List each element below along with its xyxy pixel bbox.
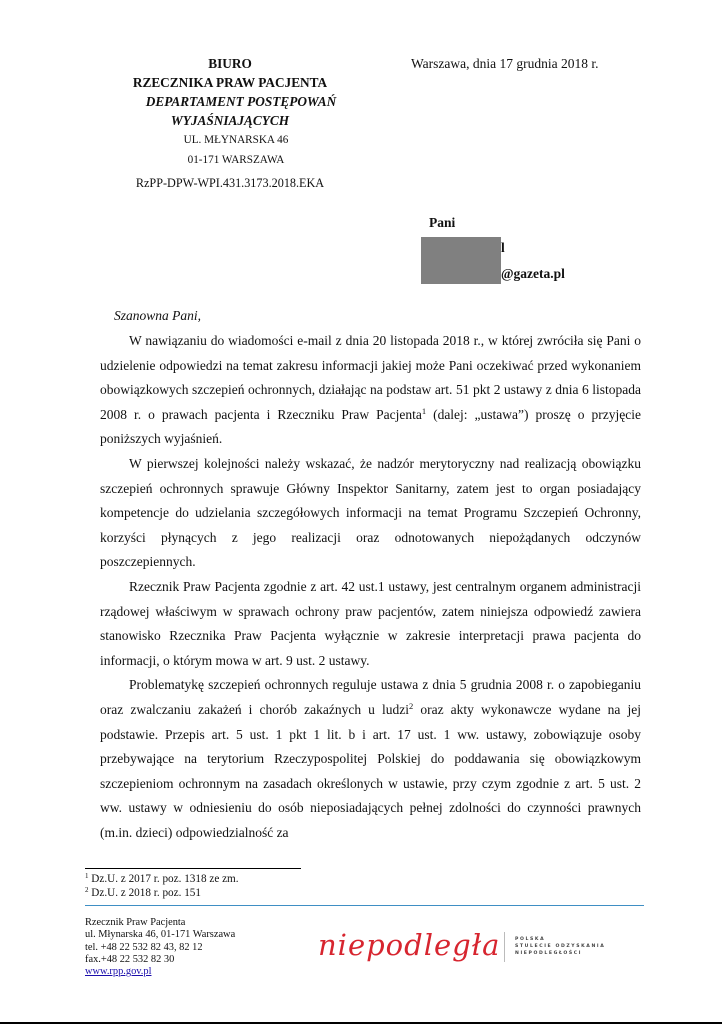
footer-address: ul. Młynarska 46, 01-171 Warszawa bbox=[85, 929, 235, 941]
logo-separator bbox=[504, 932, 505, 962]
recipient-name-suffix: l bbox=[501, 238, 505, 258]
recipient-block: Pani l @gazeta.pl bbox=[421, 213, 455, 235]
niepodlegla-logo: niepodległa bbox=[318, 925, 500, 965]
sender-line-1: BIURO bbox=[100, 54, 360, 73]
sender-department-1: DEPARTAMENT POSTĘPOWAŃ bbox=[100, 92, 360, 111]
paragraph-4: Problematykę szczepień ochronnych regulu… bbox=[100, 673, 641, 845]
footnote-separator bbox=[85, 868, 301, 869]
paragraph-1: W nawiązaniu do wiadomości e-mail z dnia… bbox=[100, 329, 641, 452]
sender-street: UL. MŁYNARSKA 46 bbox=[100, 130, 360, 150]
paragraph-3: Rzecznik Praw Pacjenta zgodnie z art. 42… bbox=[100, 575, 641, 673]
logo-caption: POLSKA STULECIE ODZYSKANIA NIEPODLEGŁOŚC… bbox=[515, 937, 605, 957]
sender-line-2: RZECZNIKA PRAW PACJENTA bbox=[100, 73, 360, 92]
sender-header: BIURO RZECZNIKA PRAW PACJENTA DEPARTAMEN… bbox=[100, 54, 360, 192]
logo-script-text: niepodległa bbox=[318, 925, 500, 965]
footer-website-link[interactable]: www.rpp.gov.pl bbox=[85, 966, 151, 977]
paragraph-2: W pierwszej kolejności należy wskazać, ż… bbox=[100, 452, 641, 575]
sender-city: 01-171 WARSZAWA bbox=[100, 150, 360, 170]
recipient-salutation: Pani bbox=[429, 213, 455, 235]
footer-org: Rzecznik Praw Pacjenta bbox=[85, 917, 235, 929]
reference-number: RzPP-DPW-WPI.431.3173.2018.EKA bbox=[100, 174, 360, 192]
footer-fax: fax.+48 22 532 82 30 bbox=[85, 954, 235, 966]
footer-phone: tel. +48 22 532 82 43, 82 12 bbox=[85, 942, 235, 954]
footnotes: 1 Dz.U. z 2017 r. poz. 1318 ze zm. 2 Dz.… bbox=[85, 872, 239, 900]
footnote-1: 1 Dz.U. z 2017 r. poz. 1318 ze zm. bbox=[85, 872, 239, 886]
footer-divider bbox=[85, 905, 644, 906]
footer-contact: Rzecznik Praw Pacjenta ul. Młynarska 46,… bbox=[85, 917, 235, 978]
greeting: Szanowna Pani, bbox=[114, 305, 641, 327]
redacted-name-block bbox=[421, 237, 501, 284]
sender-department-2: WYJAŚNIAJĄCYCH bbox=[100, 111, 360, 130]
footnote-2: 2 Dz.U. z 2018 r. poz. 151 bbox=[85, 886, 239, 900]
recipient-email: @gazeta.pl bbox=[501, 264, 565, 284]
letter-page: BIURO RZECZNIKA PRAW PACJENTA DEPARTAMEN… bbox=[0, 0, 722, 1024]
letter-body: Szanowna Pani, W nawiązaniu do wiadomośc… bbox=[100, 305, 641, 845]
letter-date: Warszawa, dnia 17 grudnia 2018 r. bbox=[411, 54, 598, 73]
